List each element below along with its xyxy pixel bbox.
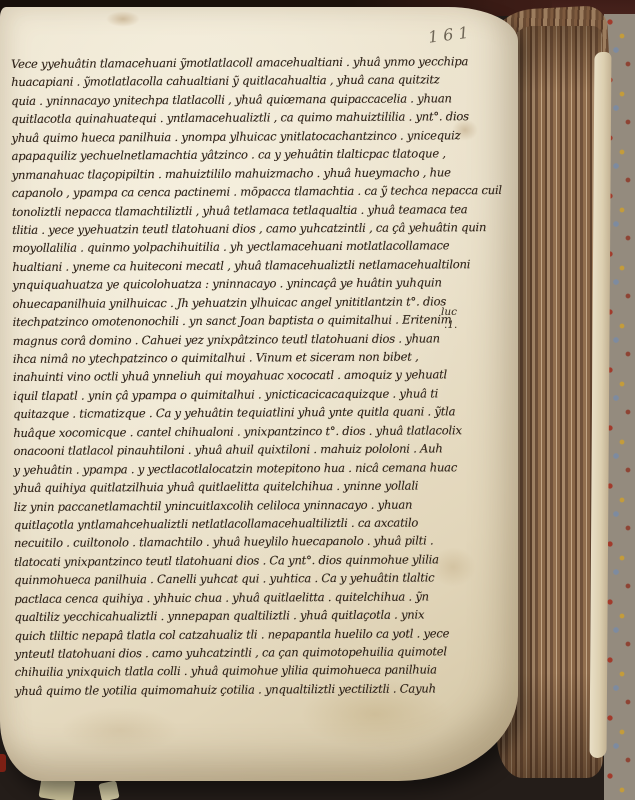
bookmark-ribbon (98, 780, 119, 800)
manuscript-line: ynquiquahuatza ye quicolohuatza : yninna… (12, 273, 490, 294)
manuscript-line: y yehuâtin . ypampa . y yectlacotlalocat… (13, 458, 491, 479)
red-edge-mark (0, 754, 6, 772)
text-block: Vece yyehuâtin tlamacehuani ỹmotlatlacol… (11, 52, 493, 700)
foxing-stain (106, 11, 140, 27)
manuscript-photo: 161 Vece yyehuâtin tlamacehuani ỹmotlatl… (0, 0, 635, 800)
manuscript-line: yhuâ quimo tle yotilia quimomahuiz çotil… (15, 679, 493, 700)
manuscript-line: itechpatzinco omotenonochili . yn sanct … (13, 310, 491, 331)
foxing-stain (60, 707, 180, 753)
manuscript-line: apapaquiliz yechuelnetlamachtia yâtzinco… (12, 144, 490, 165)
manuscript-page: 161 Vece yyehuâtin tlamacehuani ỹmotlatl… (0, 7, 518, 781)
margin-note-luke-1: luc .1. (441, 306, 457, 332)
folio-number: 161 (427, 22, 475, 46)
manuscript-line: qualtiliz yecchicahualiztli . ynnepapan … (14, 605, 492, 626)
manuscript-line: capanolo , ypampa ca cenca pactinemi . m… (12, 181, 490, 202)
manuscript-line: onacooni tlatlacol pinauhtiloni . yhuâ a… (13, 439, 491, 460)
manuscript-line: magnus corâ domino . Cahuei yez ynixpâtz… (13, 329, 491, 350)
margin-note-line: .1. (441, 319, 457, 332)
manuscript-line: quinmohueca panilhuia . Canelli yuhcat q… (14, 568, 492, 589)
margin-note-line: luc (441, 306, 457, 319)
